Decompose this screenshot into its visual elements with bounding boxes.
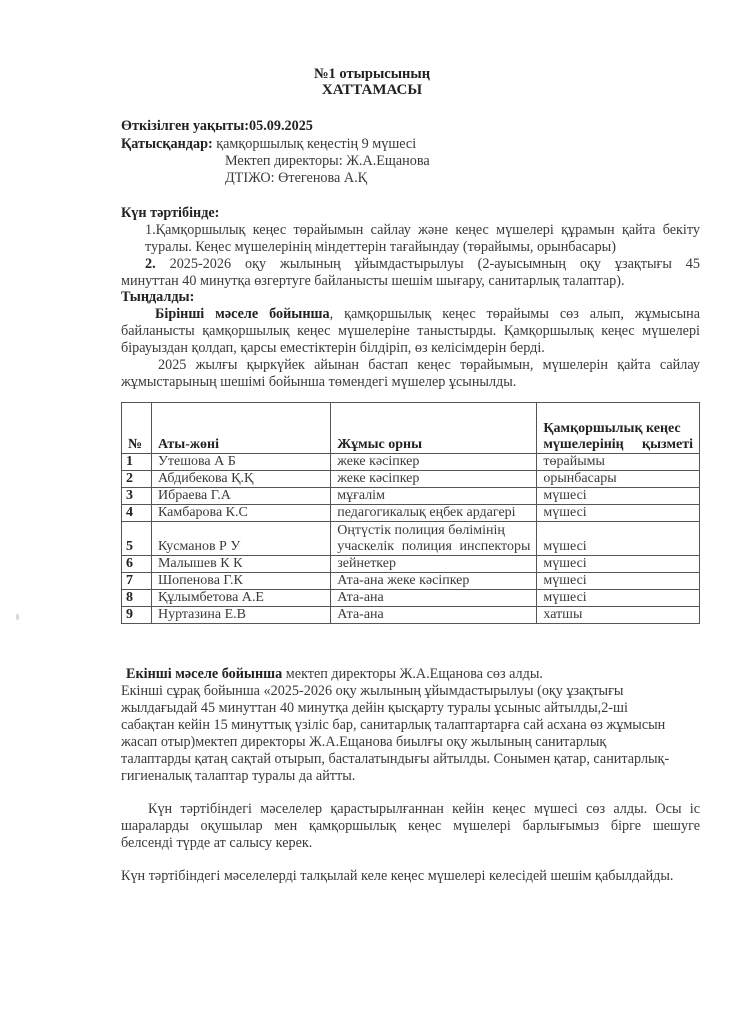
issue-2-text: мектеп директоры Ж.А.Ещанова сөз алды. — [282, 666, 543, 682]
closing-line: Күн тәртібіндегі мәселелер қарастырылған… — [148, 801, 700, 818]
row-num: 4 — [122, 505, 152, 522]
table-header-row: № Аты-жөні Жұмыс орны Қамқоршылық кеңес … — [122, 403, 700, 454]
row-work: жеке кәсіпкер — [331, 471, 537, 488]
row-role: хатшы — [537, 607, 700, 624]
issue-1-paragraph: Бірінші мәселе бойынша, қамқоршылық кеңе… — [155, 306, 700, 323]
row-num: 2 — [122, 471, 152, 488]
row-role: орынбасары — [537, 471, 700, 488]
participant-item: Мектеп директоры: Ж.А.Ещанова — [225, 153, 430, 170]
heard-heading: Тыңдалды: — [121, 289, 194, 306]
row-num: 8 — [122, 590, 152, 607]
row-name: Шопенова Г.К — [151, 573, 330, 590]
issue-1-text: , қамқоршылық кеңес төрайымы сөз алып, ж… — [330, 306, 700, 322]
row-role: мүшесі — [537, 505, 700, 522]
closing-line: белсенді түрде ат салысу керек. — [121, 835, 312, 852]
agenda-item-2: 2. 2025-2026 оқу жылының ұйымдастырылуы … — [145, 256, 700, 273]
row-num: 5 — [122, 522, 152, 556]
issue-2-line: жылдағыдай 45 минуттан 40 минутқа дейін … — [121, 700, 628, 717]
table-row: 3Ибраева Г.Амұғаліммүшесі — [122, 488, 700, 505]
election-line-2: жұмыстарының шешімі бойынша төмендегі мү… — [121, 374, 516, 391]
table-row: 2Абдибекова Қ.Қжеке кәсіпкерорынбасары — [122, 471, 700, 488]
issue-2-line: гигиеналық талаптар туралы да айтты. — [121, 768, 355, 785]
scan-speck — [16, 614, 19, 620]
row-num: 9 — [122, 607, 152, 624]
agenda-item-2-num: 2. — [145, 256, 156, 272]
issue-2-line: талаптарды қатаң сақтай отырып, басталат… — [121, 751, 669, 768]
row-name: Нуртазина Е.В — [151, 607, 330, 624]
row-name: Утешова А Б — [151, 454, 330, 471]
table-row: 1Утешова А Бжеке кәсіпкертөрайымы — [122, 454, 700, 471]
issue-2-line: Екінші сұрақ бойынша «2025-2026 оқу жылы… — [121, 683, 623, 700]
date-line: Өткізілген уақыты:05.09.2025 — [121, 118, 313, 135]
row-role: мүшесі — [537, 488, 700, 505]
table-row: 6Малышев К Кзейнеткермүшесі — [122, 556, 700, 573]
issue-2-label: Екінші мәселе бойынша — [126, 666, 282, 682]
header-name: Аты-жөні — [151, 403, 330, 454]
table-row: 4Камбарова К.Спедагогикалық еңбек ардаге… — [122, 505, 700, 522]
row-work: Ата-ана — [331, 590, 537, 607]
row-name: Малышев К К — [151, 556, 330, 573]
table-row: 9Нуртазина Е.ВАта-анахатшы — [122, 607, 700, 624]
issue-1-line-3: бірауыздан қолдап, қарсы еместіктерін бі… — [121, 340, 545, 357]
row-name: Құлымбетова А.Е — [151, 590, 330, 607]
row-role: мүшесі — [537, 573, 700, 590]
protocol-page: №1 отырысының ХАТТАМАСЫ Өткізілген уақыт… — [0, 0, 744, 1024]
row-work: педагогикалық еңбек ардагері — [331, 505, 537, 522]
row-num: 3 — [122, 488, 152, 505]
header-role: Қамқоршылық кеңес мүшелерінің қызметі — [537, 403, 700, 454]
table-row: 5Кусманов Р УОңтүстік полиция бөлімінің … — [122, 522, 700, 556]
row-work: зейнеткер — [331, 556, 537, 573]
participants-line: Қатысқандар: қамқоршылық кеңестің 9 мүше… — [121, 136, 416, 153]
agenda-heading: Күн тәртібінде: — [121, 205, 219, 222]
participants-label: Қатысқандар: — [121, 136, 213, 152]
issue-2-line: жасап отыр)мектеп директоры Ж.А.Ещанова … — [121, 734, 606, 751]
row-work: мұғалім — [331, 488, 537, 505]
row-name: Камбарова К.С — [151, 505, 330, 522]
protocol-number: №1 отырысының — [0, 66, 744, 83]
protocol-title: ХАТТАМАСЫ — [0, 82, 744, 99]
row-name: Кусманов Р У — [151, 522, 330, 556]
council-members-table: № Аты-жөні Жұмыс орны Қамқоршылық кеңес … — [121, 402, 700, 624]
row-num: 6 — [122, 556, 152, 573]
agenda-item-1: 1.Қамқоршылық кеңес төрайымын сайлау жән… — [145, 222, 700, 239]
row-num: 1 — [122, 454, 152, 471]
issue-2-line: сабақтан кейін 15 минуттық үзіліс бар, с… — [121, 717, 665, 734]
participant-item: қамқоршылық кеңестің 9 мүшесі — [216, 136, 416, 152]
row-role: мүшесі — [537, 556, 700, 573]
agenda-item-2-text: 2025-2026 оқу жылының ұйымдастырылуы (2-… — [170, 256, 700, 272]
row-num: 7 — [122, 573, 152, 590]
table-row: 8Құлымбетова А.ЕАта-анамүшесі — [122, 590, 700, 607]
participant-item: ДТІЖО: Өтегенова А.Қ — [225, 170, 367, 187]
agenda-item-2-cont: минуттан 40 минутқа өзгертуге байланысты… — [121, 273, 625, 290]
row-role: мүшесі — [537, 522, 700, 556]
row-role: төрайымы — [537, 454, 700, 471]
row-work: Ата-ана жеке кәсіпкер — [331, 573, 537, 590]
row-role: мүшесі — [537, 590, 700, 607]
table-row: 7Шопенова Г.КАта-ана жеке кәсіпкермүшесі — [122, 573, 700, 590]
header-work: Жұмыс орны — [331, 403, 537, 454]
date-label: Өткізілген уақыты: — [121, 118, 249, 134]
header-num: № — [122, 403, 152, 454]
issue-2-first-line: Екінші мәселе бойынша мектеп директоры Ж… — [126, 666, 543, 683]
row-name: Ибраева Г.А — [151, 488, 330, 505]
agenda-item-1-cont: туралы. Кеңес мүшелерінің міндеттерін та… — [145, 239, 616, 256]
issue-1-label: Бірінші мәселе бойынша — [155, 306, 330, 322]
election-line-1: 2025 жылғы қыркүйек айынан бастап кеңес … — [158, 357, 700, 374]
row-work: Оңтүстік полиция бөлімінің учаскелік пол… — [331, 522, 537, 556]
row-name: Абдибекова Қ.Қ — [151, 471, 330, 488]
row-work: жеке кәсіпкер — [331, 454, 537, 471]
date-value: 05.09.2025 — [249, 118, 313, 134]
issue-1-line-2: байланысты қамқоршылық кеңес мүшелеріне … — [121, 323, 700, 340]
decision-line: Күн тәртібіндегі мәселелерді талқылай ке… — [121, 868, 673, 885]
row-work: Ата-ана — [331, 607, 537, 624]
closing-line: шараларды оқушылар мен қамқоршылық кеңес… — [121, 818, 700, 835]
